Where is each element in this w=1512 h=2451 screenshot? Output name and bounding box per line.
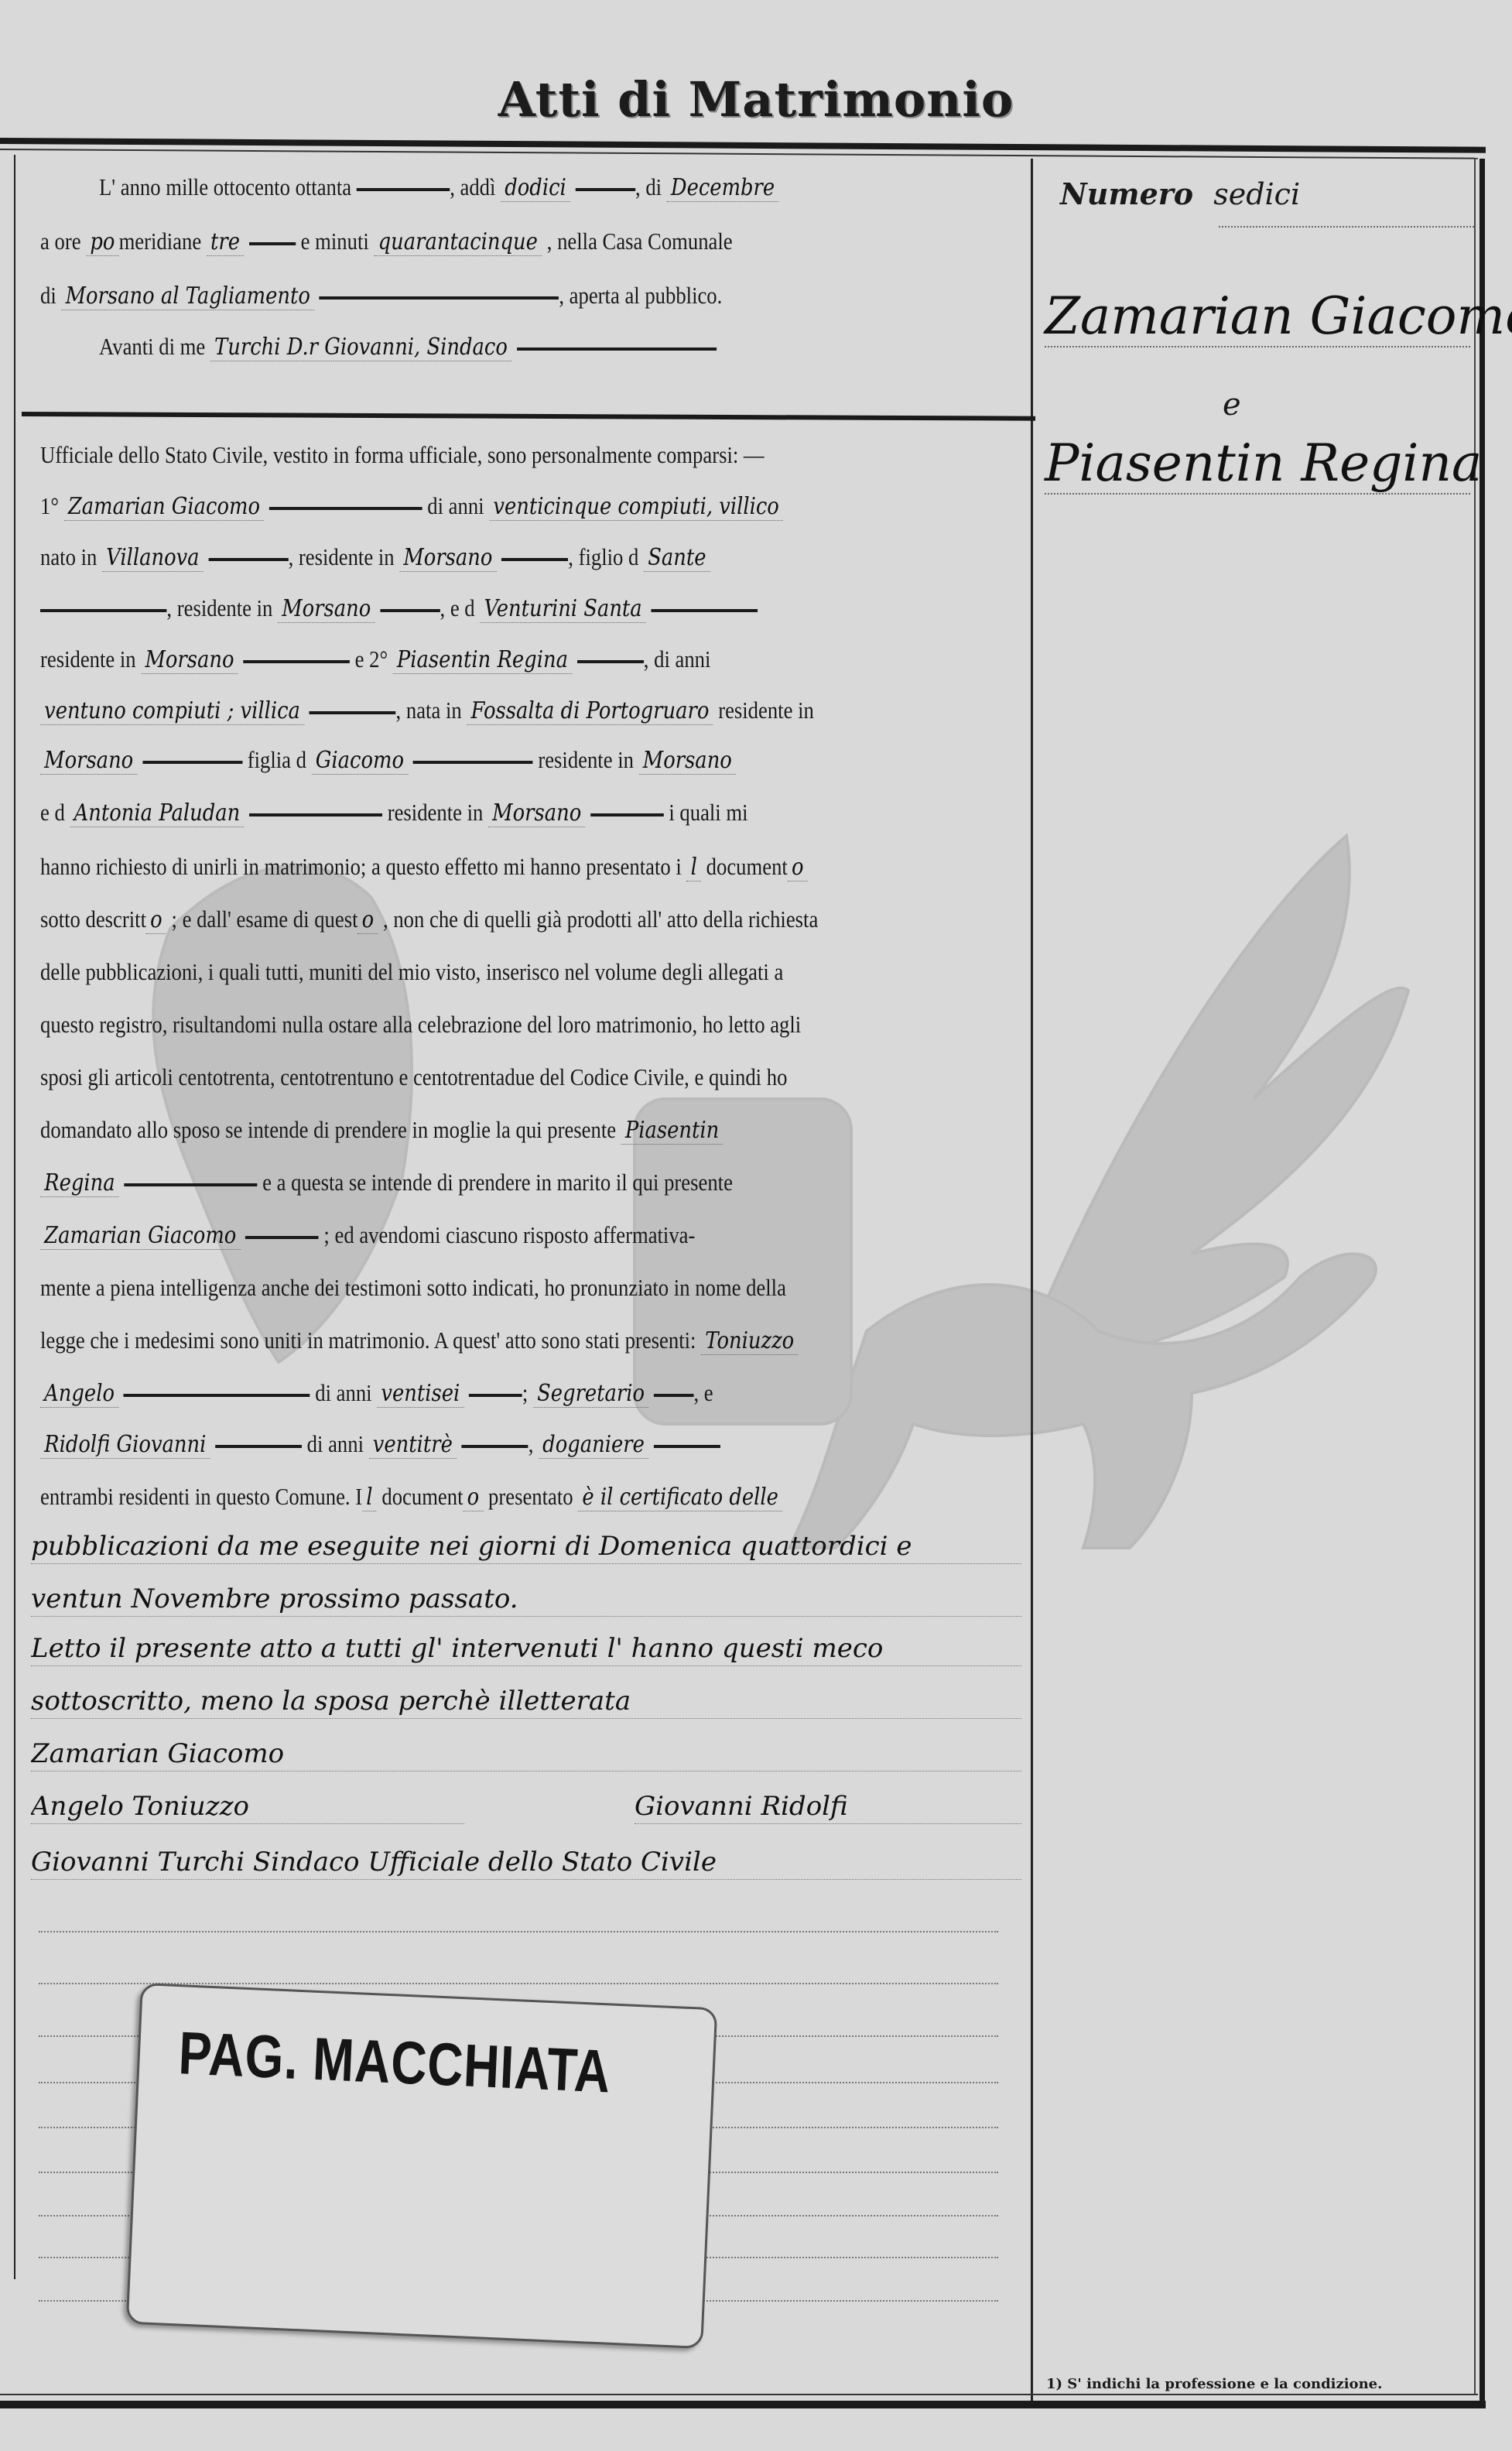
column-divider: [1031, 159, 1033, 2403]
field-article: l: [362, 1484, 377, 1511]
text: , e: [693, 1379, 713, 1406]
field-month: Decembre: [667, 174, 779, 202]
text: , di: [635, 173, 662, 200]
field-witness1-surname: Toniuzzo: [701, 1327, 798, 1355]
field-ampm-prefix: po: [86, 228, 118, 256]
text: figlia d: [248, 746, 306, 773]
footnote: 1) S' indichi la professione e la condiz…: [1046, 2376, 1382, 2392]
text: residente in: [538, 746, 634, 773]
text: , residente in: [166, 594, 272, 621]
field-groom-name: Zamarian Giacomo: [64, 493, 264, 521]
line-witnesses: legge che i medesimi sono uniti in matri…: [40, 1325, 880, 1357]
field-suffix: o: [464, 1484, 484, 1511]
line-witness1: Angelo di anni ventisei ; Segretario , e: [40, 1378, 880, 1409]
line-text: delle pubblicazioni, i quali tutti, muni…: [40, 957, 880, 988]
field-bride-name: Piasentin Regina: [393, 646, 572, 674]
text: meridiane: [119, 228, 202, 255]
field-suffix: o: [357, 906, 378, 934]
text: residente in: [388, 799, 484, 826]
line-groom: 1° Zamarian Giacomo di anni venticinque …: [40, 491, 880, 522]
line-described: sotto descritto ; e dall' esame di quest…: [40, 904, 880, 936]
text: residente in: [718, 697, 814, 724]
line-documents: hanno richiesto di unirli in matrimonio;…: [40, 851, 880, 883]
field-hours: tre: [207, 228, 244, 256]
field-article: l: [686, 854, 701, 881]
text: i quali mi: [669, 799, 747, 826]
page-title: Atti di Matrimonio: [0, 71, 1512, 128]
section-divider: [22, 412, 1035, 421]
field-mother-residence: Morsano: [141, 646, 238, 674]
line-place: di Morsano al Tagliamento , aperta al pu…: [40, 280, 880, 312]
field-groom-mother: Venturini Santa: [480, 595, 646, 623]
text: ; e dall' esame di quest: [172, 905, 358, 933]
line-date: L' anno mille ottocento ottanta , addì d…: [99, 172, 939, 204]
text: di anni: [427, 492, 484, 519]
left-border: [14, 155, 15, 2279]
field-witness2-age: ventitrè: [369, 1431, 457, 1459]
signature-officer: Giovanni Turchi Sindaco Ufficiale dello …: [31, 1845, 1021, 1880]
ruled-line: [39, 1931, 998, 1932]
text: e 2°: [355, 645, 388, 673]
field-groom-residence: Morsano: [399, 544, 496, 572]
field-father-residence: Morsano: [278, 595, 375, 623]
line-groom-origin: nato in Villanova , residente in Morsano…: [40, 542, 880, 573]
text: nato in: [40, 543, 97, 570]
field-groom-name-2: Zamarian Giacomo: [40, 1222, 240, 1250]
field-suffix: o: [788, 854, 808, 881]
field-witness2: Ridolfi Giovanni: [40, 1431, 210, 1459]
handwritten-line: sottoscritto, meno la sposa perchè illet…: [31, 1684, 1021, 1719]
text: Avanti di me: [99, 333, 205, 360]
line-groom-parents: , residente in Morsano , e d Venturini S…: [40, 593, 880, 625]
text: , di anni: [644, 645, 711, 673]
side-groom-name: Zamarian Giacomo: [1045, 286, 1470, 347]
text: , nata in: [396, 697, 462, 724]
text: e a questa se intende di prendere in mar…: [262, 1169, 733, 1196]
bottom-border: [0, 2401, 1486, 2408]
text: residente in: [40, 645, 136, 673]
line-text: sposi gli articoli centotrenta, centotre…: [40, 1062, 880, 1093]
line-text: mente a piena intelligenza anche dei tes…: [40, 1272, 880, 1303]
field-witness1-name: Angelo: [40, 1380, 118, 1408]
line-text: questo registro, risultandomi nulla osta…: [40, 1009, 880, 1040]
field-witness1-age: ventisei: [377, 1380, 464, 1408]
line-ufficiale: Ufficiale dello Stato Civile, vestito in…: [40, 440, 880, 471]
line-officer: Avanti di me Turchi D.r Giovanni, Sindac…: [99, 331, 939, 363]
text: , figlio d: [568, 543, 638, 570]
field-document-description: è il certificato delle: [578, 1484, 782, 1511]
line-question-bride: Regina e a questa se intende di prendere…: [40, 1167, 880, 1199]
text: document: [381, 1483, 463, 1510]
line-witness2: Ridolfi Giovanni di anni ventitrè , doga…: [40, 1429, 880, 1460]
stamp-label: PAG. MACCHIATA: [177, 2018, 612, 2107]
field-groom-father: Sante: [644, 544, 710, 572]
text: , nella Casa Comunale: [547, 228, 733, 255]
text: ; ed avendomi ciascuno risposto affermat…: [323, 1221, 695, 1248]
field-bride-mother: Antonia Paludan: [70, 799, 244, 827]
field-bride-mother-residence: Morsano: [488, 799, 585, 827]
handwritten-line: ventun Novembre prossimo passato.: [31, 1582, 1021, 1617]
text: , aperta al pubblico.: [559, 282, 722, 309]
field-bride-birthplace: Fossalta di Portogruaro: [467, 697, 713, 725]
line-documents-presented: entrambi residenti in questo Comune. Il …: [40, 1481, 880, 1513]
text: di anni: [307, 1430, 364, 1457]
signature-groom: Zamarian Giacomo: [31, 1737, 1021, 1771]
field-witness1-job: Segretario: [533, 1380, 648, 1408]
text: di: [40, 282, 56, 309]
field-bride-father: Giacomo: [312, 747, 409, 775]
field-bride-residence: Morsano: [40, 747, 137, 775]
right-border: [1480, 159, 1485, 2403]
field-bride-firstname: Regina: [40, 1169, 119, 1197]
right-border-thin: [1474, 159, 1476, 2395]
signature-witness2: Giovanni Ridolfi: [635, 1789, 1021, 1824]
text: , e d: [440, 594, 474, 621]
record-number: Numero sedici: [1060, 176, 1300, 211]
field-officer: Turchi D.r Giovanni, Sindaco: [210, 334, 511, 361]
text: 1°: [40, 492, 59, 519]
field-groom-birthplace: Villanova: [102, 544, 204, 572]
signature-witness1: Angelo Toniuzzo: [31, 1789, 464, 1824]
text: sotto descritt: [40, 905, 146, 933]
line-time: a ore pomeridiane tre e minuti quarantac…: [40, 226, 880, 258]
record-number-rule: [1219, 226, 1474, 228]
side-bride-name: Piasentin Regina: [1045, 433, 1470, 495]
text: entrambi residenti in questo Comune. I: [40, 1483, 362, 1510]
text: , residente in: [289, 543, 395, 570]
field-groom-age: venticinque compiuti, villico: [489, 493, 783, 521]
record-number-label: Numero: [1060, 176, 1193, 211]
line-bride-mother: e d Antonia Paludan residente in Morsano…: [40, 797, 880, 829]
field-suffix: o: [146, 906, 166, 934]
field-minutes: quarantacinque: [374, 228, 542, 256]
handwritten-line: Letto il presente atto a tutti gl' inter…: [31, 1631, 1021, 1666]
text: presentato: [488, 1483, 573, 1510]
handwritten-line: pubblicazioni da me eseguite nei giorni …: [31, 1529, 1021, 1564]
line-answer: Zamarian Giacomo ; ed avendomi ciascuno …: [40, 1220, 880, 1251]
text: document: [706, 853, 788, 880]
bottom-border-thin: [0, 2394, 1478, 2395]
line-bride-father: Morsano figlia d Giacomo residente in Mo…: [40, 745, 880, 776]
line-question-groom: domandato allo sposo se intende di prend…: [40, 1114, 880, 1146]
field-bride-age: ventuno compiuti ; villica: [40, 697, 304, 725]
line-bride-origin: ventuno compiuti ; villica , nata in Fos…: [40, 695, 880, 727]
text: legge che i medesimi sono uniti in matri…: [40, 1326, 696, 1354]
side-conjunction: e: [1223, 387, 1241, 423]
field-bride-surname: Piasentin: [621, 1117, 724, 1145]
stained-page-stamp: PAG. MACCHIATA: [126, 1983, 718, 2349]
text: , addì: [450, 173, 495, 200]
text: e minuti: [301, 228, 369, 255]
field-comune: Morsano al Tagliamento: [61, 282, 314, 310]
text: , non che di quelli già prodotti all' at…: [383, 905, 818, 933]
field-bride-father-residence: Morsano: [639, 747, 736, 775]
text: a ore: [40, 228, 81, 255]
text: e d: [40, 799, 65, 826]
text: L' anno mille ottocento ottanta: [99, 173, 351, 200]
text: di anni: [315, 1379, 371, 1406]
field-day: dodici: [501, 174, 570, 202]
text: hanno richiesto di unirli in matrimonio;…: [40, 853, 682, 880]
field-witness2-job: doganiere: [539, 1431, 648, 1459]
line-bride: residente in Morsano e 2° Piasentin Regi…: [40, 644, 880, 676]
text: domandato allo sposo se intende di prend…: [40, 1116, 616, 1143]
record-number-value: sedici: [1213, 177, 1300, 211]
